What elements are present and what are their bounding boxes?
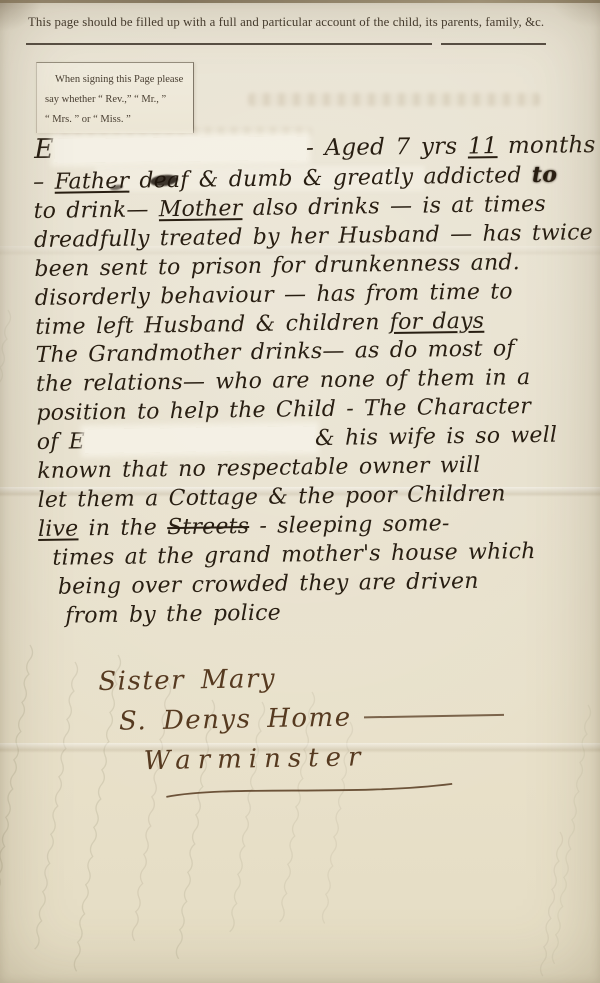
- signing-instructions-box: When signing this Page please say whethe…: [36, 62, 194, 133]
- signature-institution-row: S. Denys Home: [119, 695, 504, 742]
- handwritten-text: live: [38, 516, 79, 542]
- signature-institution: S. Denys Home: [119, 703, 352, 737]
- handwritten-text: deaf & dumb & greatly addicted: [129, 163, 532, 194]
- signing-box-line: “ Mrs. ” or “ Miss. ”: [45, 110, 188, 130]
- document-page: This page should be filled up with a ful…: [0, 0, 600, 983]
- redaction-whiteout: [85, 426, 315, 453]
- handwritten-text: - Aged 7 yrs: [306, 133, 468, 161]
- handwritten-text: for days: [390, 308, 485, 334]
- handwritten-text: position to help the Child - The Charact…: [36, 394, 531, 426]
- signature-flourish: [160, 778, 460, 803]
- handwritten-text: & his wife is so well: [315, 423, 557, 451]
- header-rule: [26, 43, 432, 45]
- handwritten-text: E: [34, 134, 54, 165]
- letter-heading: E- Aged 7 yrs 11 months: [34, 128, 590, 165]
- handwritten-text: also drinks — is at times: [242, 192, 546, 221]
- handwritten-text: to drink—: [33, 197, 159, 224]
- signing-box-line: When signing this Page please: [45, 70, 188, 90]
- scan-edge: [0, 0, 600, 3]
- header-rule: [441, 43, 546, 45]
- handwritten-text: disorderly behaviour — has from time to: [35, 279, 513, 311]
- signature-place: Warminster: [143, 735, 504, 781]
- signing-box-line: say whether “ Rev.,” “ Mr., ”: [45, 90, 188, 110]
- printed-instruction: This page should be filled up with a ful…: [28, 15, 544, 30]
- handwritten-text: The Grandmother drinks— as do most of: [35, 337, 514, 369]
- handwritten-text: times at the grand mother's house which: [52, 539, 535, 571]
- ghost-print-band: [248, 93, 540, 106]
- handwritten-text: Mother: [159, 196, 243, 222]
- handwritten-text: Streets: [167, 514, 249, 540]
- handwritten-text: months: [497, 132, 595, 159]
- handwritten-text: Father: [54, 169, 129, 195]
- handwritten-text: the relations— who are none of them in a: [36, 365, 531, 397]
- handwritten-text: being over crowded they are driven: [58, 569, 479, 600]
- handwritten-text: from by the police: [65, 600, 281, 628]
- redaction-whiteout: [54, 136, 306, 163]
- handwritten-text: to: [532, 162, 558, 188]
- handwritten-text: time left Husband & children: [35, 310, 390, 340]
- handwritten-text: –: [33, 170, 55, 195]
- handwritten-text: in the: [78, 515, 167, 541]
- handwritten-text: known that no respectable owner will: [37, 453, 481, 484]
- letter-body: – Father deaf & dumb & greatly addicted …: [33, 160, 589, 631]
- handwritten-text: of E: [37, 429, 86, 455]
- signature-name: Sister Mary: [98, 655, 503, 702]
- signature-dash-stroke: [364, 714, 504, 718]
- handwritten-text: 11: [468, 133, 498, 159]
- handwritten-text: let them a Cottage & the poor Children: [37, 481, 505, 513]
- signature-block: Sister Mary S. Denys Home Warminster: [98, 655, 505, 804]
- handwritten-text: dreadfully treated by her Husband — has …: [34, 220, 593, 253]
- handwritten-text: - sleeping some-: [249, 511, 450, 539]
- handwritten-text: been sent to prison for drunkenness and.: [34, 250, 520, 282]
